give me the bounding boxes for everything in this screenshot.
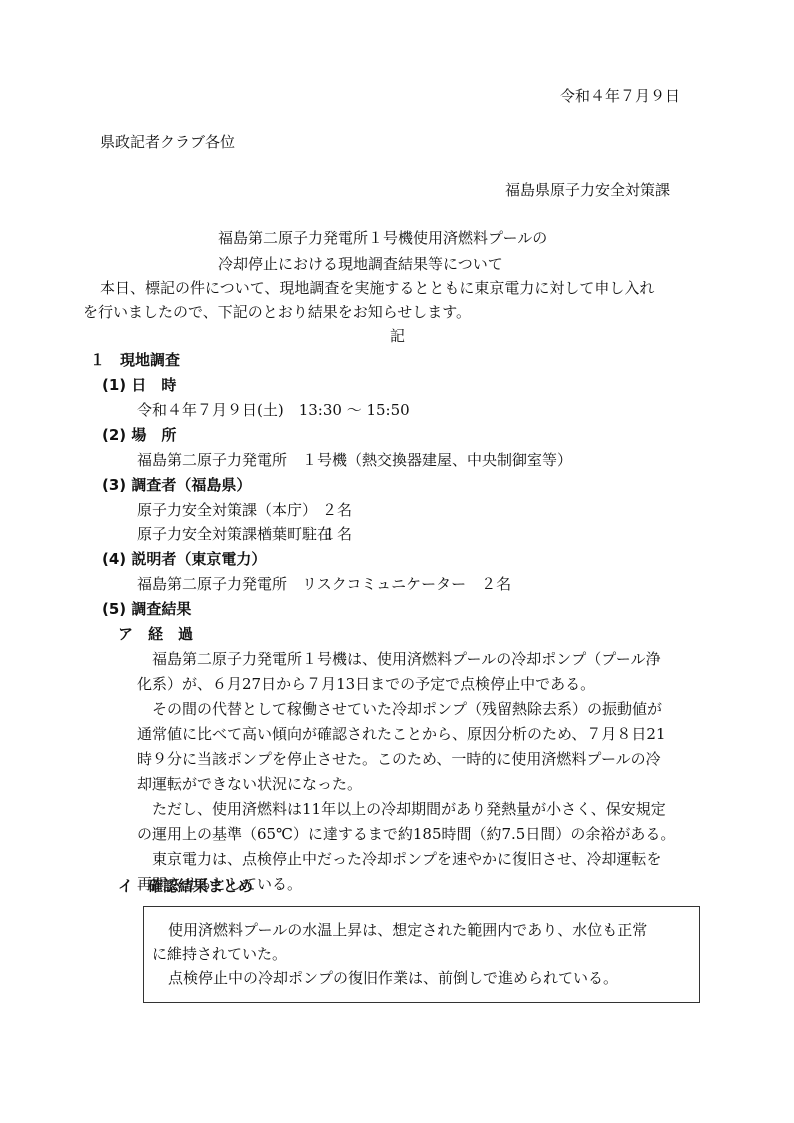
sender: 福島県原子力安全対策課 xyxy=(505,180,670,200)
addressee: 県政記者クラブ各位 xyxy=(100,132,235,152)
progress-line: 通常値に比べて高い傾向が確認されたことから、原因分析のため、７月８日21 xyxy=(137,724,666,744)
summary-line: 使用済燃料プールの水温上昇は、想定された範囲内であり、水位も正常 xyxy=(168,920,647,940)
investigator-org-1: 原子力安全対策課（本庁） xyxy=(137,500,317,520)
investigator-count-2: １名 xyxy=(322,524,352,544)
document-date: 令和４年７月９日 xyxy=(560,86,680,106)
explainers-value: 福島第二原子力発電所 リスクコミュニケーター ２名 xyxy=(137,574,511,594)
place-heading: (2) 場 所 xyxy=(102,425,176,445)
title-line-2: 冷却停止における現地調査結果等について xyxy=(218,254,503,274)
explainers-heading: (4) 説明者（東京電力） xyxy=(102,549,266,569)
progress-line: ただし、使用済燃料は11年以上の冷却期間があり発熱量が小さく、保安規定 xyxy=(152,799,666,819)
section-1-heading: １ 現地調査 xyxy=(90,350,180,370)
summary-line: 点検停止中の冷却ポンプの復旧作業は、前倒しで進められている。 xyxy=(168,968,618,988)
progress-line: その間の代替として稼働させていた冷却ポンプ（残留熱除去系）の振動値が xyxy=(152,699,662,719)
investigators-heading: (3) 調査者（福島県） xyxy=(102,475,251,495)
investigator-count-1: ２名 xyxy=(322,500,352,520)
investigator-org-2: 原子力安全対策課楢葉町駐在 xyxy=(137,524,332,544)
progress-line: 時９分に当該ポンプを停止させた。このため、一時的に使用済燃料プールの冷 xyxy=(137,749,661,769)
place-value: 福島第二原子力発電所 １号機（熱交換器建屋、中央制御室等） xyxy=(137,450,572,470)
intro-line-2: を行いましたので、下記のとおり結果をお知らせします。 xyxy=(83,302,471,322)
progress-line: 福島第二原子力発電所１号機は、使用済燃料プールの冷却ポンプ（プール浄 xyxy=(152,649,661,669)
summary-line: に維持されていた。 xyxy=(152,944,287,964)
progress-line: 東京電力は、点検停止中だった冷却ポンプを速やかに復旧させ、冷却運転を xyxy=(152,849,662,869)
progress-line: 化系）が、６月27日から７月13日までの予定で点検停止中である。 xyxy=(137,674,595,694)
datetime-value: 令和４年７月９日(土) 13:30 ～ 15:50 xyxy=(137,400,410,420)
results-heading: (5) 調査結果 xyxy=(102,599,191,619)
datetime-heading: (1) 日 時 xyxy=(102,375,176,395)
ki-heading: 記 xyxy=(390,326,405,346)
progress-line: の運用上の基準（65℃）に達するまで約185時間（約7.5日間）の余裕がある。 xyxy=(137,824,675,844)
summary-heading: イ 確認結果まとめ xyxy=(118,876,253,896)
progress-line: 却運転ができない状況になった。 xyxy=(137,774,362,794)
intro-line-1: 本日、標記の件について、現地調査を実施するとともに東京電力に対して申し入れ xyxy=(100,278,654,298)
title-line-1: 福島第二原子力発電所１号機使用済燃料プールの xyxy=(218,228,547,248)
progress-heading: ア 経 過 xyxy=(118,624,193,644)
